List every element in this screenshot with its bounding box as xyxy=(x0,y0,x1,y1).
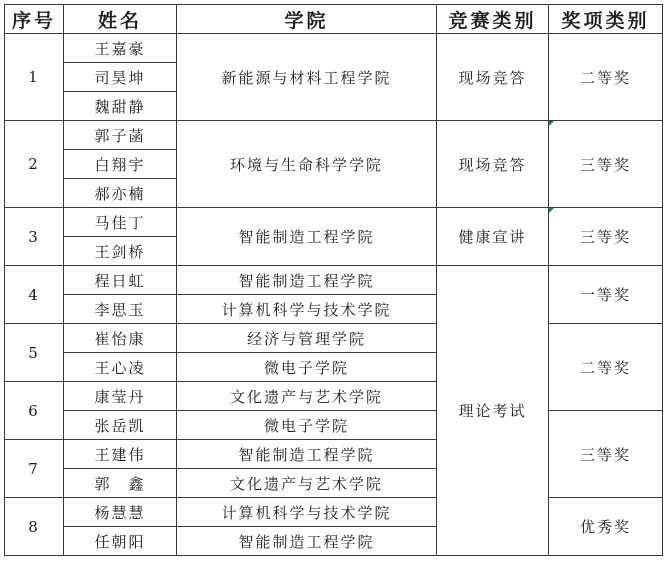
header-award[interactable]: 奖项类别 xyxy=(549,5,663,34)
member-name[interactable]: 王嘉豪 xyxy=(64,34,177,63)
award-cell[interactable]: 三等奖 xyxy=(549,411,663,498)
header-name[interactable]: 姓名 xyxy=(64,5,177,34)
member-name[interactable]: 康莹丹 xyxy=(64,382,177,411)
table-row: 3 马佳丁 智能制造工程学院 健康宣讲 三等奖 xyxy=(5,208,663,237)
member-name[interactable]: 郝亦楠 xyxy=(64,179,177,208)
comment-indicator-icon xyxy=(549,208,554,213)
member-name[interactable]: 杨慧慧 xyxy=(64,498,177,527)
table-row: 8 杨慧慧 计算机科学与技术学院 优秀奖 xyxy=(5,498,663,527)
member-name[interactable]: 王心凌 xyxy=(64,353,177,382)
table-row: 2 郭子菡 环境与生命科学学院 现场竞答 三等奖 xyxy=(5,121,663,150)
member-name[interactable]: 程日虹 xyxy=(64,266,177,295)
member-name[interactable]: 王剑桥 xyxy=(64,237,177,266)
group-number[interactable]: 3 xyxy=(5,208,64,266)
college-cell[interactable]: 环境与生命科学学院 xyxy=(177,121,437,208)
member-name[interactable]: 魏甜静 xyxy=(64,92,177,121)
college-cell[interactable]: 经济与管理学院 xyxy=(177,324,437,353)
award-cell[interactable]: 一等奖 xyxy=(549,266,663,324)
college-cell[interactable]: 智能制造工程学院 xyxy=(177,208,437,266)
member-name[interactable]: 郭子菡 xyxy=(64,121,177,150)
member-name[interactable]: 张岳凯 xyxy=(64,411,177,440)
college-cell[interactable]: 新能源与材料工程学院 xyxy=(177,34,437,121)
group-number[interactable]: 6 xyxy=(5,382,64,440)
header-competition[interactable]: 竞赛类别 xyxy=(437,5,549,34)
award-label: 三等奖 xyxy=(549,154,662,175)
group-number[interactable]: 8 xyxy=(5,498,64,556)
member-name[interactable]: 白翔宇 xyxy=(64,150,177,179)
header-row: 序号 姓名 学院 竞赛类别 奖项类别 xyxy=(5,5,663,34)
competition-cell[interactable]: 健康宣讲 xyxy=(437,208,549,266)
comment-indicator-icon xyxy=(549,121,554,126)
table-row: 5 崔怡康 经济与管理学院 二等奖 xyxy=(5,324,663,353)
award-cell[interactable]: 三等奖 xyxy=(549,208,663,266)
header-college[interactable]: 学院 xyxy=(177,5,437,34)
competition-cell[interactable]: 现场竞答 xyxy=(437,121,549,208)
table-row: 1 王嘉豪 新能源与材料工程学院 现场竞答 二等奖 xyxy=(5,34,663,63)
group-number[interactable]: 2 xyxy=(5,121,64,208)
group-number[interactable]: 1 xyxy=(5,34,64,121)
college-cell[interactable]: 文化遗产与艺术学院 xyxy=(177,469,437,498)
member-name[interactable]: 任朝阳 xyxy=(64,527,177,556)
award-cell[interactable]: 优秀奖 xyxy=(549,498,663,556)
member-name[interactable]: 李思玉 xyxy=(64,295,177,324)
table-row: 4 程日虹 智能制造工程学院 理论考试 一等奖 xyxy=(5,266,663,295)
header-no[interactable]: 序号 xyxy=(5,5,64,34)
college-cell[interactable]: 计算机科学与技术学院 xyxy=(177,295,437,324)
competition-cell[interactable]: 现场竞答 xyxy=(437,34,549,121)
group-number[interactable]: 7 xyxy=(5,440,64,498)
award-cell[interactable]: 二等奖 xyxy=(549,324,663,411)
college-cell[interactable]: 计算机科学与技术学院 xyxy=(177,498,437,527)
member-name[interactable]: 郭 鑫 xyxy=(64,469,177,498)
college-cell[interactable]: 智能制造工程学院 xyxy=(177,266,437,295)
member-name[interactable]: 司昊坤 xyxy=(64,63,177,92)
group-number[interactable]: 4 xyxy=(5,266,64,324)
college-cell[interactable]: 智能制造工程学院 xyxy=(177,527,437,556)
college-cell[interactable]: 微电子学院 xyxy=(177,411,437,440)
award-list-sheet: 序号 姓名 学院 竞赛类别 奖项类别 1 王嘉豪 新能源与材料工程学院 现场竞答… xyxy=(4,4,663,556)
member-name[interactable]: 崔怡康 xyxy=(64,324,177,353)
college-cell[interactable]: 智能制造工程学院 xyxy=(177,440,437,469)
college-cell[interactable]: 文化遗产与艺术学院 xyxy=(177,382,437,411)
award-cell[interactable]: 三等奖 xyxy=(549,121,663,208)
member-name[interactable]: 王建伟 xyxy=(64,440,177,469)
award-label: 三等奖 xyxy=(549,226,662,247)
awards-table: 序号 姓名 学院 竞赛类别 奖项类别 1 王嘉豪 新能源与材料工程学院 现场竞答… xyxy=(4,4,663,556)
award-cell[interactable]: 二等奖 xyxy=(549,34,663,121)
competition-cell[interactable]: 理论考试 xyxy=(437,266,549,556)
group-number[interactable]: 5 xyxy=(5,324,64,382)
table-row: 张岳凯 微电子学院 三等奖 xyxy=(5,411,663,440)
member-name[interactable]: 马佳丁 xyxy=(64,208,177,237)
college-cell[interactable]: 微电子学院 xyxy=(177,353,437,382)
